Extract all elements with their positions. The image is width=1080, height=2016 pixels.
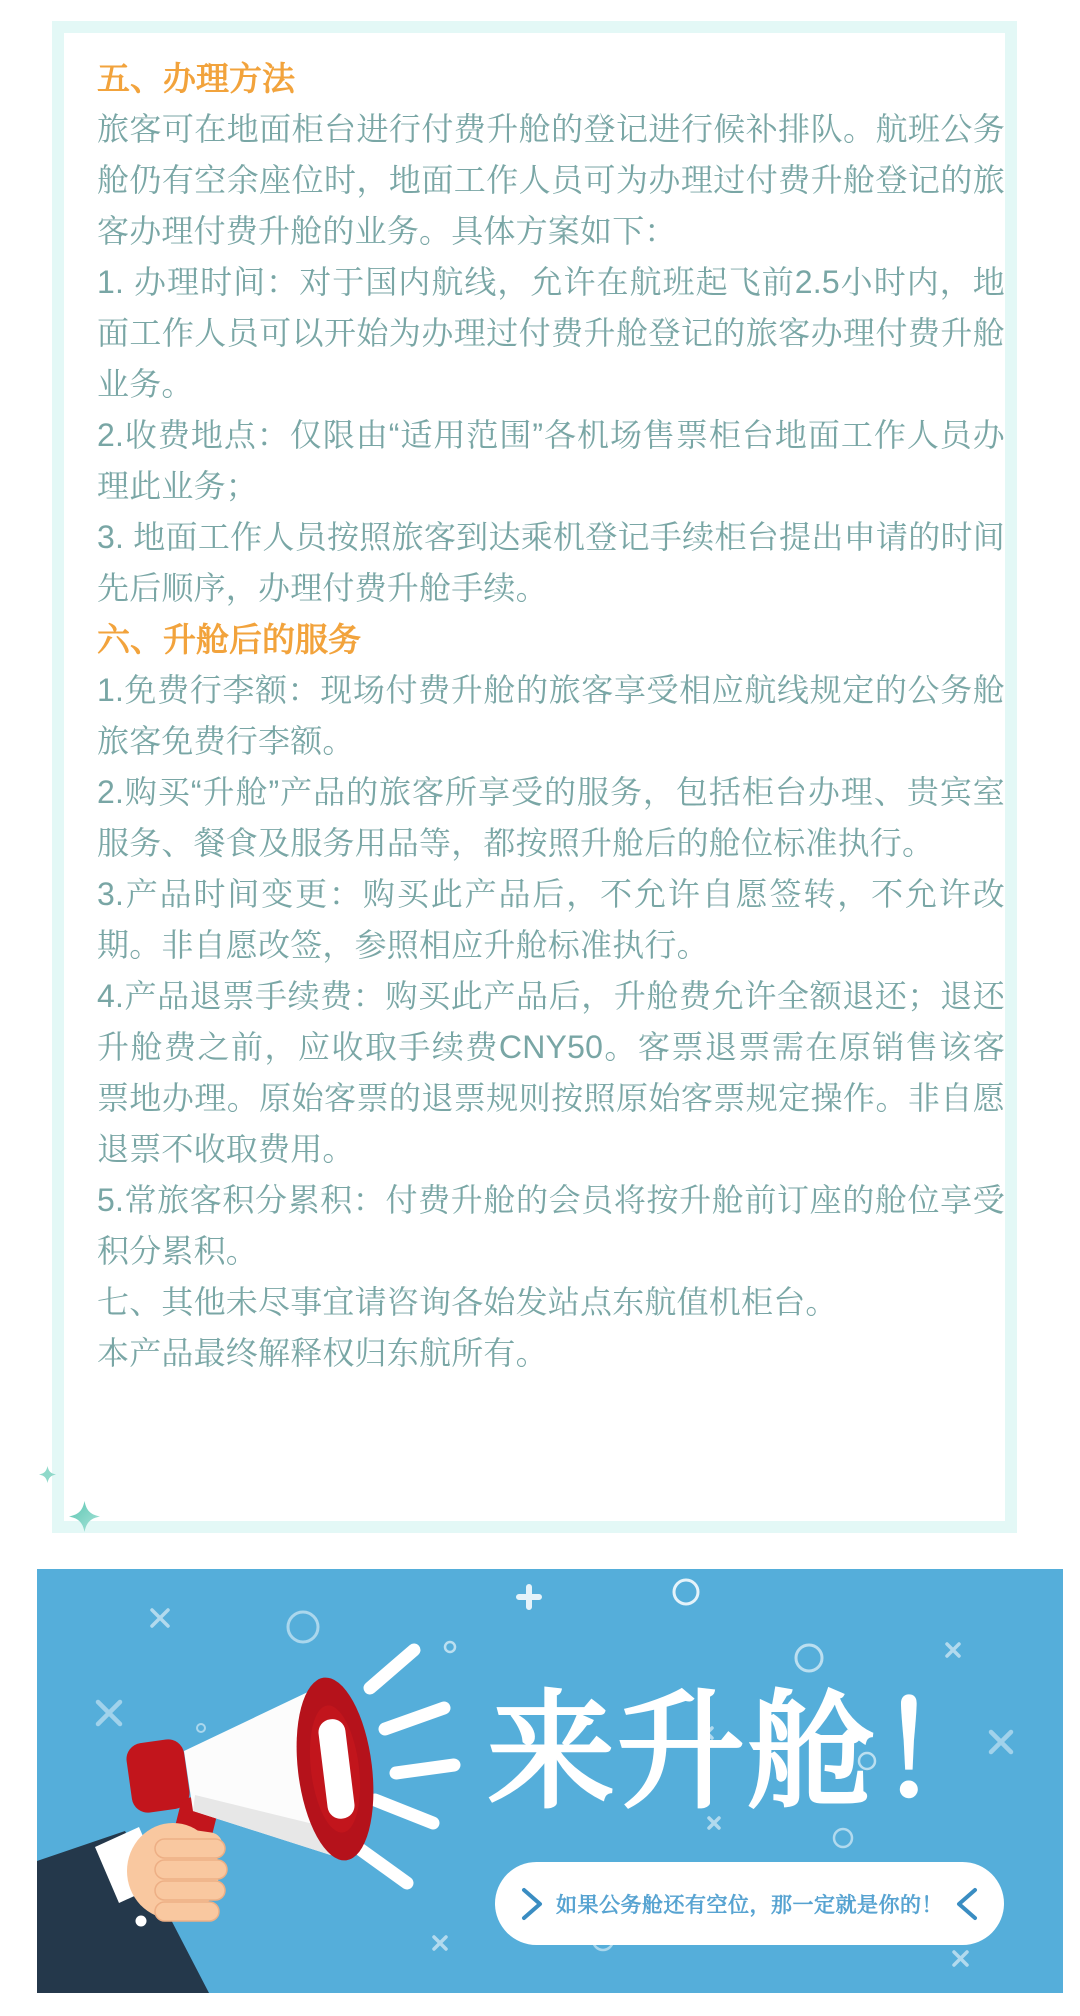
page: 五、办理方法 旅客可在地面柜台进行付费升舱的登记进行候补排队。航班公务舱仍有空余…	[0, 0, 1080, 2016]
section-5-heading: 五、办理方法	[97, 53, 1005, 104]
banner-headline: 来升舱！	[487, 1687, 1047, 1819]
sparkle-icon	[69, 1499, 100, 1534]
article-card: 五、办理方法 旅客可在地面柜台进行付费升舱的登记进行候补排队。航班公务舱仍有空余…	[52, 21, 1017, 1533]
chevron-right-icon	[519, 1884, 545, 1924]
paragraph: 1. 办理时间：对于国内航线，允许在航班起飞前2.5小时内，地面工作人员可以开始…	[97, 257, 1005, 410]
megaphone-icon	[37, 1569, 467, 1993]
closing-paragraph: 七、其他未尽事宜请咨询各始发站点东航值机柜台。	[97, 1277, 1005, 1328]
paragraph: 3. 地面工作人员按照旅客到达乘机登记手续柜台提出申请的时间先后顺序，办理付费升…	[97, 512, 1005, 614]
paragraph: 5.常旅客积分累积：付费升舱的会员将按升舱前订座的舱位享受积分累积。	[97, 1175, 1005, 1277]
pill-text: 如果公务舱还有空位，那一定就是你的！	[545, 1889, 954, 1919]
sparkle-icon	[39, 1465, 56, 1484]
paragraph: 3.产品时间变更：购买此产品后，不允许自愿签转，不允许改期。非自愿改签，参照相应…	[97, 869, 1005, 971]
paragraph: 4.产品退票手续费：购买此产品后，升舱费允许全额退还；退还升舱费之前，应收取手续…	[97, 971, 1005, 1175]
paragraph: 2.购买“升舱”产品的旅客所享受的服务，包括柜台办理、贵宾室服务、餐食及服务用品…	[97, 767, 1005, 869]
paragraph: 旅客可在地面柜台进行付费升舱的登记进行候补排队。航班公务舱仍有空余座位时，地面工…	[97, 104, 1005, 257]
chevron-left-icon	[954, 1884, 980, 1924]
section-6-heading: 六、升舱后的服务	[97, 614, 1005, 665]
banner-pill: 如果公务舱还有空位，那一定就是你的！	[495, 1862, 1004, 1945]
paragraph: 2.收费地点：仅限由“适用范围”各机场售票柜台地面工作人员办理此业务；	[97, 410, 1005, 512]
paragraph: 1.免费行李额：现场付费升舱的旅客享受相应航线规定的公务舱旅客免费行李额。	[97, 665, 1005, 767]
closing-paragraph: 本产品最终解释权归东航所有。	[97, 1328, 1005, 1379]
promo-banner: 来升舱！ 如果公务舱还有空位，那一定就是你的！	[37, 1569, 1063, 1993]
